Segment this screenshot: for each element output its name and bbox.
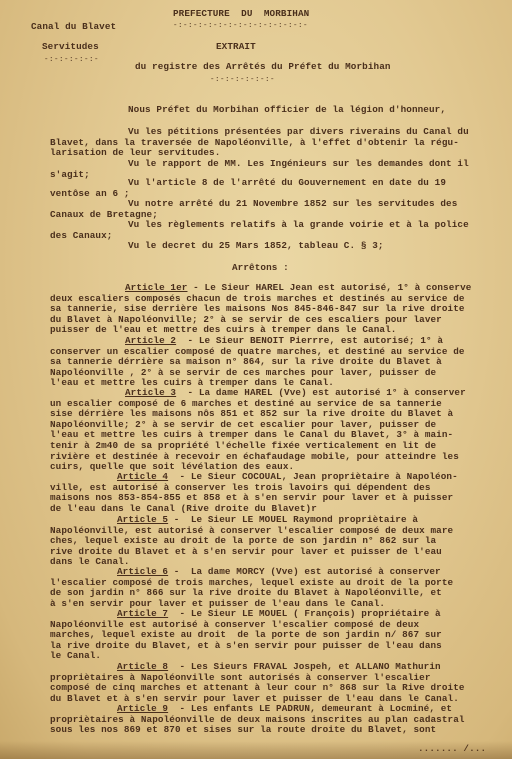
servitudes-label: Servitudes	[42, 42, 99, 53]
servitudes-rule: -:-:-:-:-:-	[44, 55, 99, 66]
extrait-heading: EXTRAIT	[216, 42, 256, 53]
document-page: PREFECTURE DU MORBIHAN -:-:-:-:-:-:-:-:-…	[0, 0, 512, 759]
article-2: Article 2 - Le Sieur BENOIT Pierrre, est…	[50, 336, 510, 389]
canal-title: Canal du Blavet	[31, 22, 116, 33]
article-label: Article 6	[50, 566, 168, 577]
considerant-5: Vu les règlements relatifs à la grande v…	[50, 220, 510, 241]
article-label: Article 7	[50, 608, 168, 619]
article-label: Article 5	[50, 514, 168, 525]
article-6: Article 6 - La dame MORCY (Vve) est auto…	[50, 567, 510, 609]
article-5: Article 5 - Le Sieur LE MOUEL Raymond pr…	[50, 515, 510, 568]
article-8: Article 8 - Les Sieurs FRAVAL Jospeh, et…	[50, 662, 510, 704]
article-3: Article 3 - La dame HAREL (Vve) est auto…	[50, 388, 510, 473]
considerant-4: Vu notre arrêté du 21 Novembre 1852 sur …	[50, 199, 510, 220]
article-label: Article 2	[50, 335, 176, 346]
considerant-1: Vu les pétitions présentées par divers r…	[50, 127, 510, 159]
article-9: Article 9 - Les enfants LE PADRUN, demeu…	[50, 704, 510, 736]
article-label: Article 3	[50, 387, 176, 398]
article-label: Article 8	[50, 661, 168, 672]
article-4: Article 4 - Le Sieur COCOUAL, Jean propr…	[50, 472, 510, 514]
continuation-mark: ....... /...	[418, 744, 486, 755]
article-1: Article 1er - Le Sieur HAREL Jean est au…	[50, 283, 510, 336]
article-label: Article 1er	[50, 282, 187, 293]
considerant-3: Vu l'article 8 de l'arrêté du Gouverneme…	[50, 178, 510, 199]
preamble-opening: Nous Préfet du Morbihan officier de la l…	[128, 105, 446, 116]
considerant-6: Vu le decret du 25 Mars 1852, tableau C.…	[50, 241, 510, 252]
article-label: Article 4	[50, 471, 168, 482]
prefecture-rule: -:-:-:-:-:-:-:-:-:-:-:-:-:-	[173, 21, 308, 32]
registre-rule: -:-:-:-:-:-:-	[210, 75, 275, 86]
article-7: Article 7 - Le Sieur LE MOUEL ( François…	[50, 609, 510, 662]
article-label: Article 9	[50, 703, 168, 714]
prefecture-heading: PREFECTURE DU MORBIHAN	[173, 9, 309, 20]
registre-heading: du registre des Arrêtés du Préfet du Mor…	[135, 62, 391, 73]
arretons-heading: Arrêtons :	[232, 263, 289, 274]
